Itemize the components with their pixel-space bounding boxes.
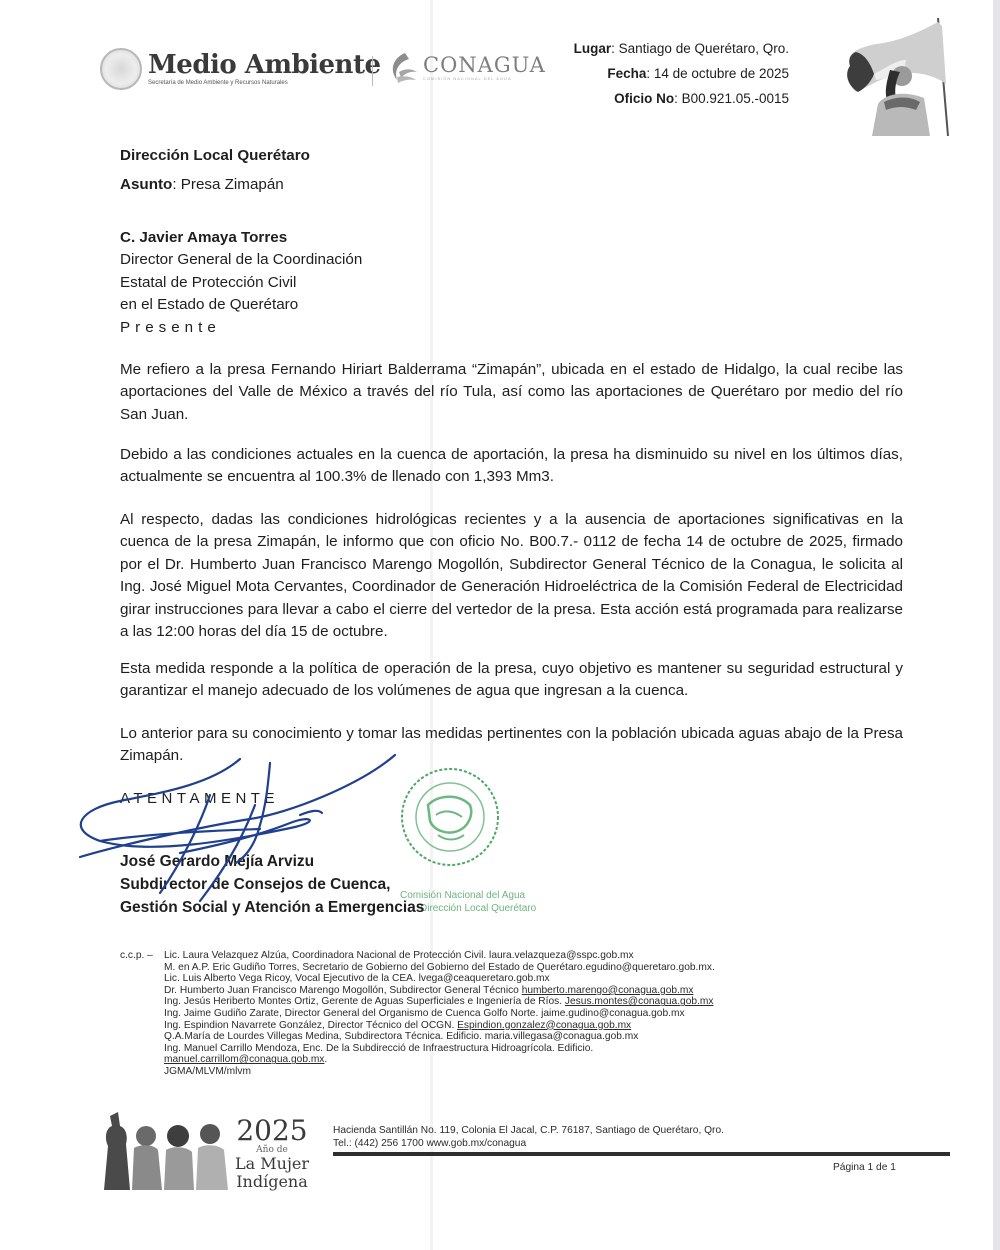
recipient-name: C. Javier Amaya Torres xyxy=(120,227,903,249)
year-motto: 2025 Año de La Mujer Indígena xyxy=(235,1117,309,1191)
year-number: 2025 xyxy=(235,1117,309,1145)
conagua-logo: CONAGUA COMISIÓN NACIONAL DEL AGUA xyxy=(385,50,546,84)
ccp-label: c.c.p. – xyxy=(120,950,164,1078)
ccp-line: Lic. Luis Alberto Vega Ricoy, Vocal Ejec… xyxy=(164,973,715,985)
ccp-email-link[interactable]: Jesus.montes@conagua.gob.mx xyxy=(565,996,714,1007)
asunto-label: Asunto xyxy=(120,176,172,193)
paragraph-2: Debido a las condiciones actuales en la … xyxy=(120,444,903,489)
ccp-line: Ing. Espindion Navarrete González, Direc… xyxy=(164,1020,715,1032)
logo-sema-title: Medio Ambiente xyxy=(148,52,381,78)
footer-contact: Tel.: (442) 256 1700 www.gob.mx/conagua xyxy=(333,1137,724,1150)
ccp-email-link[interactable]: Espindion.gonzalez@conagua.gob.mx xyxy=(457,1020,631,1031)
footer-rule xyxy=(333,1152,950,1156)
asunto-value: : Presa Zimapán xyxy=(172,176,283,193)
recipient-title-3: en el Estado de Querétaro xyxy=(120,294,903,316)
recipient-block: C. Javier Amaya Torres Director General … xyxy=(120,227,903,339)
ccp-block: c.c.p. – Lic. Laura Velazquez Alzúa, Coo… xyxy=(120,950,715,1078)
footer-address: Hacienda Santillán No. 119, Colonia El J… xyxy=(333,1124,724,1150)
ccp-line: Ing. Manuel Carrillo Mendoza, Enc. De la… xyxy=(164,1043,715,1055)
ccp-line: Q.A.María de Lourdes Villegas Medina, Su… xyxy=(164,1031,715,1043)
ccp-line: JGMA/MLVM/mlvm xyxy=(164,1066,715,1078)
handwritten-signature xyxy=(60,745,400,905)
paragraph-1: Me refiero a la presa Fernando Hiriart B… xyxy=(120,359,903,426)
national-seal-icon xyxy=(100,48,142,90)
presente: Presente xyxy=(120,317,903,339)
semarnat-logo: Medio Ambiente Secretaría de Medio Ambie… xyxy=(100,48,381,90)
page-number: Página 1 de 1 xyxy=(833,1162,896,1173)
logo-sema-subtitle: Secretaría de Medio Ambiente y Recursos … xyxy=(148,80,381,86)
motto-line-2: Indígena xyxy=(235,1173,309,1191)
paragraph-3: Al respecto, dadas las condiciones hidro… xyxy=(120,509,903,643)
document-meta: Lugar: Santiago de Querétaro, Qro. Fecha… xyxy=(574,36,789,111)
woman-with-flag-illustration xyxy=(826,14,974,136)
ccp-email-link[interactable]: manuel.carrillom@conagua.gob.mx xyxy=(164,1054,324,1065)
ccp-line: M. en A.P. Eric Gudiño Torres, Secretari… xyxy=(164,962,715,974)
paragraph-4: Esta medida responde a la política de op… xyxy=(120,658,903,703)
fecha-line: Fecha: 14 de octubre de 2025 xyxy=(574,61,789,86)
office-name: Dirección Local Querétaro xyxy=(120,146,903,166)
oficio-line: Oficio No: B00.921.05.-0015 xyxy=(574,86,789,111)
ccp-line: Ing. Jaime Gudiño Zarate, Director Gener… xyxy=(164,1008,715,1020)
page-edge xyxy=(993,0,1000,1250)
recipient-title-1: Director General de la Coordinación xyxy=(120,249,903,271)
lugar-line: Lugar: Santiago de Querétaro, Qro. xyxy=(574,36,789,61)
ccp-email-link[interactable]: humberto.marengo@conagua.gob.mx xyxy=(522,985,694,996)
conagua-wave-icon xyxy=(385,50,419,84)
indigenous-women-illustration xyxy=(100,1112,232,1190)
subject-line: Asunto: Presa Zimapán xyxy=(120,175,903,195)
recipient-title-2: Estatal de Protección Civil xyxy=(120,272,903,294)
motto-line-1: La Mujer xyxy=(235,1155,309,1173)
logo-conagua-title: CONAGUA xyxy=(423,54,546,76)
ccp-line: manuel.carrillom@conagua.gob.mx. xyxy=(164,1054,715,1066)
logo-divider xyxy=(372,56,373,86)
ccp-line: Dr. Humberto Juan Francisco Marengo Mogo… xyxy=(164,985,715,997)
ccp-line: Lic. Laura Velazquez Alzúa, Coordinadora… xyxy=(164,950,715,962)
ccp-line: Ing. Jesús Heriberto Montes Ortiz, Geren… xyxy=(164,996,715,1008)
